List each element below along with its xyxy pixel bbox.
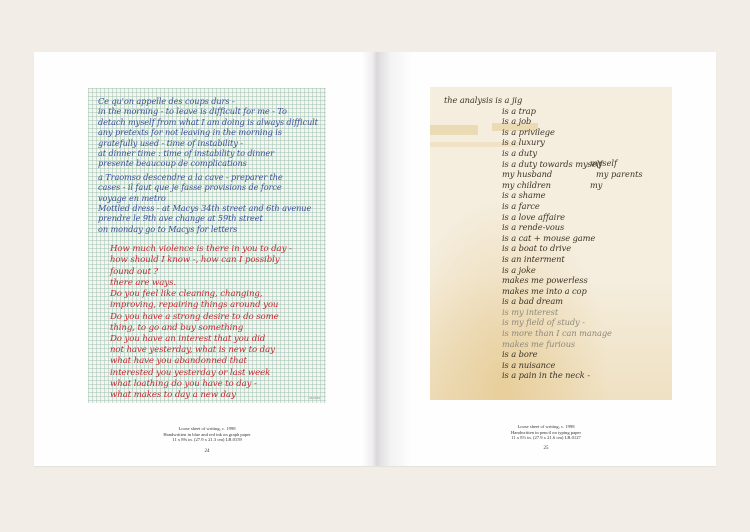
faint-pencil-line: is my field of study -	[444, 317, 664, 328]
handwritten-text: the analysis is a jig is a trap is a job…	[444, 95, 664, 381]
pencil-line: makes me powerless	[444, 275, 664, 286]
red-ink-line: how should I know -, how can I possibly	[110, 255, 318, 266]
page-number-left: 24	[187, 449, 227, 454]
red-ink-line: Do you feel like cleaning, changing,	[110, 289, 318, 300]
plate-number: LB.0159	[309, 396, 320, 400]
page-number-right: 25	[526, 446, 566, 451]
red-ink-line: what have you abandonned that	[110, 356, 318, 367]
pencil-line: is a privilege	[444, 127, 664, 138]
blue-ink-line: at dinner time : time of instability to …	[98, 148, 318, 158]
pencil-line: is a farce	[444, 201, 664, 212]
pencil-line: is a duty towards myself	[444, 159, 664, 170]
pencil-line: is a job	[444, 116, 664, 127]
faint-pencil-line: makes me furious	[444, 339, 664, 350]
pencil-line: is a cat + mouse game	[444, 233, 664, 244]
blue-ink-line: a Traomso descendre a la cave - preparer…	[98, 172, 318, 182]
gutter-shadow	[376, 52, 412, 466]
handwritten-text: Ce qu'on appelle des coups durs - in the…	[98, 96, 318, 401]
faint-pencil-line: is more than I can manage	[444, 328, 664, 339]
caption-dimensions: 11 x 8½ in. (27.9 x 21.6 cm) LB.0127	[446, 435, 646, 441]
blue-ink-line: Ce qu'on appelle des coups durs -	[98, 96, 318, 106]
red-ink-line: interested you yesterday or last week	[110, 368, 318, 379]
red-ink-line: Do you have a strong desire to do some	[110, 312, 318, 323]
blue-ink-line: on monday go to Macys for letters	[98, 224, 318, 234]
blue-ink-line: prendre le 9th ave change at 59th street	[98, 213, 318, 223]
red-ink-line: thing, to go and buy something	[110, 323, 318, 334]
pencil-line: is a joke	[444, 265, 664, 276]
pencil-line: is a bore	[444, 349, 664, 360]
blue-ink-line: cases - il faut que je fasse provisions …	[98, 182, 318, 192]
graph-paper-manuscript: Ce qu'on appelle des coups durs - in the…	[88, 88, 326, 403]
red-ink-line: How much violence is there in you to day…	[110, 244, 318, 255]
pencil-line: is a love affaire	[444, 212, 664, 223]
red-ink-line: what loathing do you have to day -	[110, 379, 318, 390]
red-ink-line: Do you have an interest that you did	[110, 334, 318, 345]
pencil-line: is a bad dream	[444, 296, 664, 307]
right-caption: Loose sheet of writing, c. 1998 Handwrit…	[446, 424, 646, 441]
pencil-line: is a nuisance	[444, 360, 664, 371]
side-note: my parents	[596, 169, 643, 180]
pencil-line: is an interment	[444, 254, 664, 265]
red-ink-line: not have yesterday, what is new to day	[110, 345, 318, 356]
pencil-line: the analysis is a jig	[444, 95, 664, 106]
pencil-line: is a rende-vous	[444, 222, 664, 233]
left-caption: Loose sheet of writing, c. 1998 Handwrit…	[107, 426, 307, 443]
blue-ink-line: gratefully used - time of instability -	[98, 138, 318, 148]
pencil-line: is a trap	[444, 106, 664, 117]
gutter-shadow	[362, 52, 376, 466]
blue-ink-line: Mottled dress - at Macys 34th street and…	[98, 203, 318, 213]
side-note: myself	[590, 158, 617, 169]
faint-pencil-line: is my interest	[444, 307, 664, 318]
pencil-line: is a luxury	[444, 137, 664, 148]
red-ink-line: what makes to day a new day	[110, 390, 318, 401]
pencil-line: is a shame	[444, 190, 664, 201]
red-ink-block: How much violence is there in you to day…	[98, 244, 318, 401]
pencil-line: is a duty	[444, 148, 664, 159]
pencil-line: is a pain in the neck -	[444, 370, 664, 381]
pencil-line: my children	[444, 180, 664, 191]
red-ink-line: improving, repairing things around you	[110, 300, 318, 311]
red-ink-line: found out ?	[110, 267, 318, 278]
side-note: my	[590, 180, 602, 191]
pencil-line: makes me into a cop	[444, 286, 664, 297]
caption-dimensions: 11 x 8⅜ in. (27.9 x 21.3 cm) LB.0159	[107, 437, 307, 443]
red-ink-line: there are ways.	[110, 278, 318, 289]
blue-ink-line: voyage en metro	[98, 193, 318, 203]
blue-ink-line: presente beaucoup de complications	[98, 158, 318, 168]
pencil-line: is a boat to drive	[444, 243, 664, 254]
blue-ink-line: detach myself from what I am doing is al…	[98, 117, 318, 127]
blue-ink-line: any pretexts for not leaving in the morn…	[98, 127, 318, 137]
left-page: Ce qu'on appelle des coups durs - in the…	[34, 52, 376, 466]
blue-ink-line: in the morning - to leave is difficult f…	[98, 106, 318, 116]
book-spread: Ce qu'on appelle des coups durs - in the…	[34, 52, 716, 466]
right-page: the analysis is a jig is a trap is a job…	[376, 52, 716, 466]
typing-paper-manuscript: the analysis is a jig is a trap is a job…	[430, 87, 672, 400]
